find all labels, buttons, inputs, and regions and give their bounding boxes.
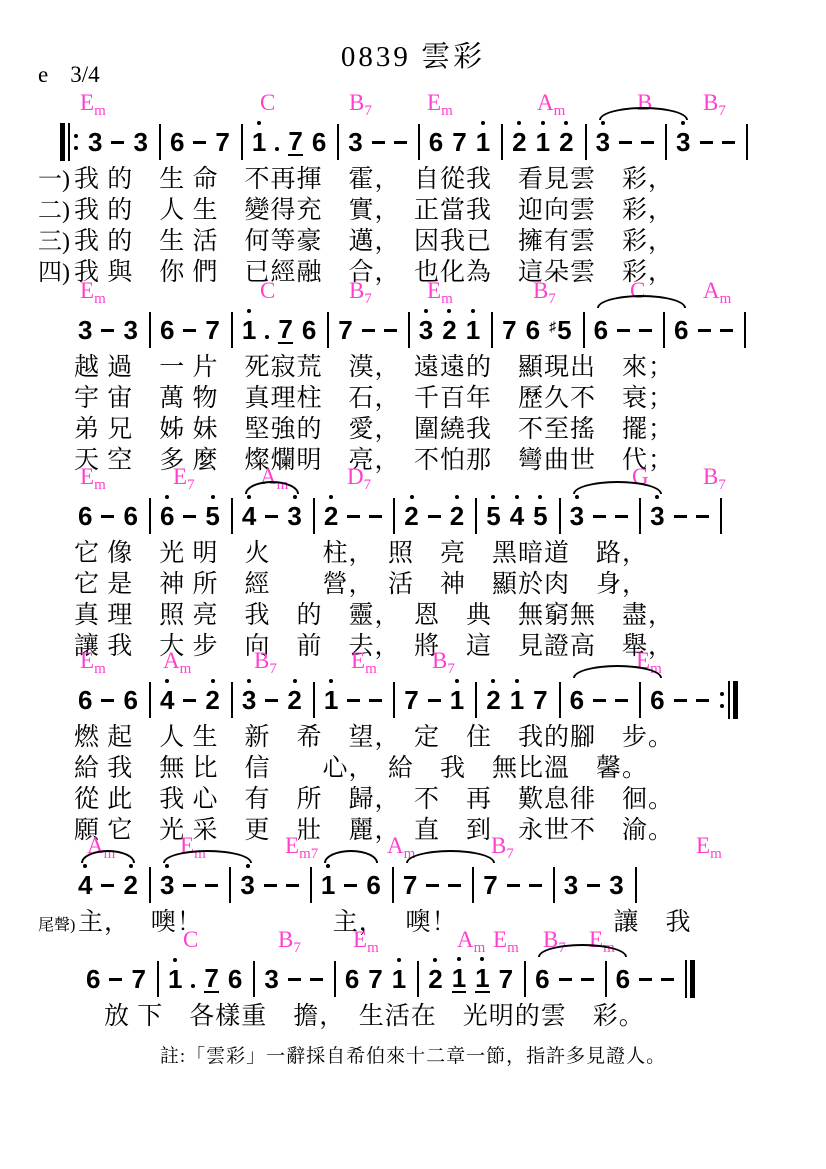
duration-dash — [587, 884, 600, 887]
chord-label: Em — [427, 90, 453, 124]
chord-root: B — [349, 90, 364, 115]
octave-dot — [211, 679, 215, 683]
barline — [310, 867, 312, 903]
barline — [149, 312, 151, 348]
octave-dot — [173, 958, 177, 962]
duration-dash — [617, 329, 630, 332]
note: ♯5 — [549, 317, 571, 343]
note: 6 — [674, 317, 688, 343]
note: 7 — [368, 966, 382, 992]
barline — [313, 498, 315, 534]
lyric-line: 給 我 無 比 信 心， 給 我 無比溫 馨。 — [0, 753, 826, 784]
note: 7 — [288, 128, 302, 156]
duration-dash — [700, 141, 713, 144]
octave-dot — [410, 495, 414, 499]
system-4: EmAmB7EmB7Em66423217121766燃 起 人 生 新 希 望，… — [0, 648, 826, 846]
chord-root: A — [703, 278, 720, 303]
chord-subscript: 7 — [269, 661, 277, 677]
lyric-prefix: 三) — [38, 227, 74, 258]
chord-label: D7 — [347, 464, 371, 498]
lyric-line: 三)我 的 生 活 何等豪 邁， 因我已 擁有雲 彩， — [0, 226, 826, 257]
note: 3 — [133, 129, 147, 155]
chord-subscript: m — [94, 661, 106, 677]
lyric-text: 放 下 各樣重 擔， 生活在 光明的雲 彩。 — [104, 1001, 645, 1032]
chord-subscript: m — [441, 291, 453, 307]
footnote: 註:「雲彩」一辭採自希伯來十二章一節，指許多見證人。 — [0, 1041, 826, 1068]
chord-root: E — [80, 90, 94, 115]
chord-label: Em — [80, 90, 106, 124]
note: 1 — [475, 965, 489, 993]
notation-line: 3367176367121233 — [0, 120, 826, 164]
augmentation-dot — [265, 335, 269, 339]
note: 6 — [78, 503, 92, 529]
note: 4 — [160, 687, 174, 713]
duration-dash — [639, 329, 652, 332]
note: 1 — [321, 872, 335, 898]
chord-root: D — [347, 464, 364, 489]
chord-root: E — [351, 648, 365, 673]
note: 5 — [486, 503, 500, 529]
note: 3 — [650, 503, 664, 529]
chord-row: EmCB7EmAmBB7 — [0, 90, 826, 120]
chord-subscript: m — [441, 103, 453, 119]
note: 7 — [502, 317, 516, 343]
chord-root: A — [537, 90, 554, 115]
chord-subscript: m — [365, 661, 377, 677]
note: 2 — [428, 966, 442, 992]
octave-dot — [471, 309, 475, 313]
chord-root: C — [260, 278, 275, 303]
duration-dash — [111, 141, 124, 144]
duration-dash — [193, 141, 206, 144]
chord-label: Em — [80, 648, 106, 682]
lyric-text: 燃 起 人 生 新 希 望， 定 住 我的腳 步。 — [74, 722, 674, 753]
chord-label: Em — [80, 464, 106, 498]
augmentation-dot — [191, 984, 195, 988]
duration-dash — [641, 141, 654, 144]
duration-dash — [347, 515, 360, 518]
chord-root: E — [427, 278, 441, 303]
tie-arc: 66 — [535, 957, 639, 997]
octave-dot — [515, 495, 519, 499]
note: 6 — [228, 966, 242, 992]
end-repeat-barline — [720, 681, 738, 719]
note: 1 — [510, 687, 524, 713]
barline — [253, 961, 255, 997]
octave-dot — [257, 121, 261, 125]
chord-label: Em — [696, 833, 722, 867]
lyric-text: 給 我 無 比 信 心， 給 我 無比溫 馨。 — [74, 753, 648, 784]
chord-label: C — [183, 927, 198, 953]
duration-dash — [698, 329, 711, 332]
chord-row: EmE7AmD7GB7 — [0, 464, 826, 494]
note: 6 — [526, 317, 540, 343]
duration-dash — [310, 978, 323, 981]
duration-dash — [362, 329, 375, 332]
octave-dot — [293, 495, 297, 499]
duration-dash — [372, 141, 385, 144]
duration-dash — [428, 699, 441, 702]
note: 1 — [324, 687, 338, 713]
note: 3 — [88, 129, 102, 155]
note: 2 — [486, 687, 500, 713]
barline — [524, 961, 526, 997]
note: 6 — [429, 129, 443, 155]
note: 7 — [204, 965, 218, 993]
duration-dash — [639, 978, 652, 981]
barline — [585, 124, 587, 160]
octave-dot — [329, 679, 333, 683]
chord-label: B7 — [349, 90, 372, 124]
thick-bar — [60, 123, 65, 161]
barline — [553, 867, 555, 903]
note: 3 — [242, 687, 256, 713]
thick-bar — [690, 960, 695, 998]
duration-dash — [183, 884, 196, 887]
note: 6 — [570, 687, 584, 713]
duration-dash — [559, 978, 572, 981]
note: 4 — [78, 872, 92, 898]
octave-dot — [447, 309, 451, 313]
note: 3 — [596, 129, 610, 155]
duration-dash — [286, 884, 299, 887]
barline — [472, 867, 474, 903]
chord-label: Em — [353, 927, 379, 961]
chord-subscript: 7 — [718, 103, 726, 119]
key-label: e — [38, 62, 48, 87]
chord-root: C — [260, 90, 275, 115]
chord-subscript: 7 — [364, 103, 372, 119]
octave-dot — [83, 864, 87, 868]
key-time-signature: e3/4 — [38, 62, 100, 88]
note: 7 — [499, 966, 513, 992]
chord-label: B7 — [703, 90, 726, 124]
duration-dash — [696, 699, 709, 702]
octave-dot — [491, 495, 495, 499]
barline — [559, 682, 561, 718]
note: 6 — [345, 966, 359, 992]
note: 2 — [442, 317, 456, 343]
lyric-text: 它 是 神 所 經 營， 活 神 顯於肉 身， — [74, 569, 648, 600]
lyric-prefix: 一) — [38, 165, 74, 196]
tie-arc: 33 — [596, 120, 700, 160]
note: 3 — [240, 872, 254, 898]
barline — [392, 867, 394, 903]
note: 6 — [312, 129, 326, 155]
chord-subscript: 7 — [187, 477, 195, 493]
note: 6 — [535, 966, 549, 992]
repeat-dots — [720, 692, 724, 709]
note: 4 — [510, 503, 524, 529]
barline — [639, 498, 641, 534]
tie-arc: 42 — [78, 863, 147, 903]
lyric-text: 越 過 一 片 死寂荒 漠， 遠遠的 顯現出 來； — [74, 352, 674, 383]
note: 3 — [123, 317, 137, 343]
note: 6 — [123, 687, 137, 713]
chord-row: CB7EmAmEmB7Em — [0, 927, 826, 957]
chord-subscript: m — [94, 291, 106, 307]
lyric-text: 弟 兄 姊 妹 堅強的 愛， 圍繞我 不至搖 擺； — [74, 414, 674, 445]
system-5: AmEmEm7AmB7Em4233167733尾聲)主， 噢！ 主， 噢！ 讓 … — [0, 833, 826, 938]
duration-dash — [109, 978, 122, 981]
chord-subscript: 7 — [364, 291, 372, 307]
chord-label: B7 — [432, 648, 455, 682]
octave-dot — [165, 864, 169, 868]
chord-root: B — [278, 927, 293, 952]
chord-subscript: 7 — [718, 477, 726, 493]
note: 2 — [123, 872, 137, 898]
octave-dot — [481, 121, 485, 125]
barline — [231, 312, 233, 348]
duration-dash — [205, 884, 218, 887]
duration-dash — [183, 515, 196, 518]
note: 6 — [616, 966, 630, 992]
octave-dot — [538, 495, 542, 499]
begin-repeat-barline — [60, 123, 78, 161]
note: 3 — [264, 966, 278, 992]
lyric-line: 二)我 的 人 生 變得充 實， 正當我 迎向雲 彩， — [0, 195, 826, 226]
barline — [149, 498, 151, 534]
chord-subscript: m7 — [299, 846, 318, 862]
barline — [418, 124, 420, 160]
lyric-text: 我 的 生 命 不再揮 霍， 自從我 看見雲 彩， — [74, 164, 674, 195]
duration-dash — [384, 329, 397, 332]
tie-arc: 33 — [570, 494, 674, 534]
chord-subscript: m — [94, 103, 106, 119]
duration-dash — [674, 699, 687, 702]
chord-root: C — [183, 927, 198, 952]
chord-label: E7 — [173, 464, 195, 498]
duration-dash — [344, 884, 357, 887]
note: 1 — [452, 965, 466, 993]
time-signature: 3/4 — [70, 62, 99, 87]
system-6: CB7EmAmEmB7Em671763671211766放 下 各樣重 擔， 生… — [0, 927, 826, 1032]
note: 7 — [215, 129, 229, 155]
tie-arc: 66 — [570, 678, 674, 718]
chord-subscript: 7 — [548, 291, 556, 307]
lyric-text: 我 的 人 生 變得充 實， 正當我 迎向雲 彩， — [74, 195, 674, 226]
chord-root: B — [254, 648, 269, 673]
barline — [313, 682, 315, 718]
tie-arc: 33 — [160, 863, 264, 903]
barline — [231, 498, 233, 534]
tie-arc: 66 — [594, 308, 698, 348]
chord-label: Am — [703, 278, 731, 312]
lyric-text: 它 像 光 明 火 柱， 照 亮 黑暗道 路， — [74, 538, 648, 569]
octave-dot — [517, 121, 521, 125]
note: 7 — [403, 872, 417, 898]
chord-root: B — [432, 648, 447, 673]
duration-dash — [426, 884, 439, 887]
duration-dash — [581, 978, 594, 981]
thin-bar — [728, 681, 730, 719]
chord-root: A — [457, 927, 474, 952]
note: 6 — [302, 317, 316, 343]
note: 7 — [483, 872, 497, 898]
chord-root: A — [163, 648, 180, 673]
note: 6 — [594, 317, 608, 343]
duration-dash — [619, 141, 632, 144]
chord-subscript: m — [507, 940, 519, 956]
octave-dot — [515, 679, 519, 683]
octave-dot — [246, 864, 250, 868]
note: 2 — [324, 503, 338, 529]
octave-dot — [424, 309, 428, 313]
barline — [149, 867, 151, 903]
barline — [229, 867, 231, 903]
barline — [746, 124, 748, 160]
chord-label: B7 — [349, 278, 372, 312]
chord-subscript: 7 — [506, 846, 514, 862]
system-3: EmE7AmD7GB766654322254533它 像 光 明 火 柱， 照 … — [0, 464, 826, 662]
barline — [417, 961, 419, 997]
note: 6 — [160, 503, 174, 529]
duration-dash — [183, 329, 196, 332]
barline — [559, 498, 561, 534]
thin-bar — [68, 123, 70, 161]
chord-root: E — [353, 927, 367, 952]
duration-dash — [369, 699, 382, 702]
duration-dash — [101, 515, 114, 518]
octave-dot — [564, 121, 568, 125]
chord-label: B7 — [533, 278, 556, 312]
chord-root: E — [80, 464, 94, 489]
barline — [491, 312, 493, 348]
lyric-text: 真 理 照 亮 我 的 靈， 恩 典 無窮無 盡， — [74, 600, 674, 631]
octave-dot — [247, 309, 251, 313]
lyric-line: 燃 起 人 生 新 希 望， 定 住 我的腳 步。 — [0, 722, 826, 753]
chord-subscript: m — [474, 940, 486, 956]
chord-root: E — [173, 464, 187, 489]
system-2: EmCB7EmB7CAm3367176732176♯566越 過 一 片 死寂荒… — [0, 278, 826, 476]
barline — [241, 124, 243, 160]
octave-dot — [326, 864, 330, 868]
chord-label: B7 — [254, 648, 277, 682]
chord-root: E — [80, 278, 94, 303]
chord-root: E — [80, 648, 94, 673]
note: 3 — [676, 129, 690, 155]
barline — [501, 124, 503, 160]
barline — [231, 682, 233, 718]
note: 7 — [338, 317, 352, 343]
chord-subscript: m — [180, 661, 192, 677]
note: 3 — [419, 317, 433, 343]
octave-dot — [211, 495, 215, 499]
final-barline — [685, 960, 695, 998]
duration-dash — [615, 699, 628, 702]
octave-dot — [655, 495, 659, 499]
barline — [583, 312, 585, 348]
barline — [393, 682, 395, 718]
note: 6 — [86, 966, 100, 992]
note: 6 — [78, 687, 92, 713]
note: 6 — [170, 129, 184, 155]
barline — [337, 124, 339, 160]
lyric-line: 真 理 照 亮 我 的 靈， 恩 典 無窮無 盡， — [0, 600, 826, 631]
note: 1 — [392, 966, 406, 992]
note: 3 — [609, 872, 623, 898]
duration-dash — [615, 515, 628, 518]
note: 6 — [650, 687, 664, 713]
chord-subscript: m — [720, 291, 732, 307]
note: 3 — [78, 317, 92, 343]
chord-label: Am — [163, 648, 191, 682]
duration-dash — [428, 515, 441, 518]
octave-dot — [329, 495, 333, 499]
lyric-line: 宇 宙 萬 物 真理柱 石， 千百年 歷久不 衰； — [0, 383, 826, 414]
octave-dot — [165, 679, 169, 683]
notation-line: 66654322254533 — [0, 494, 826, 538]
barline — [149, 682, 151, 718]
lyric-line: 它 像 光 明 火 柱， 照 亮 黑暗道 路， — [0, 538, 826, 569]
duration-dash — [661, 978, 674, 981]
chord-label: Em7 — [285, 833, 318, 867]
note: 2 — [205, 687, 219, 713]
chord-subscript: m — [710, 846, 722, 862]
barline — [663, 312, 665, 348]
chord-label: Em — [80, 278, 106, 312]
notation-line: 66423217121766 — [0, 678, 826, 722]
chord-label: Em — [493, 927, 519, 961]
note: 6 — [123, 503, 137, 529]
chord-root: B — [491, 833, 506, 858]
lyric-text: 宇 宙 萬 物 真理柱 石， 千百年 歷久不 衰； — [74, 383, 674, 414]
song-title: 0839 雲彩 — [0, 34, 826, 75]
chord-label: C — [260, 90, 275, 116]
lyric-line: 一)我 的 生 命 不再揮 霍， 自從我 看見雲 彩， — [0, 164, 826, 195]
barline — [475, 498, 477, 534]
note: 4 — [242, 503, 256, 529]
chord-subscript: 7 — [364, 477, 372, 493]
chord-root: E — [427, 90, 441, 115]
octave-dot — [455, 495, 459, 499]
note: 1 — [450, 687, 464, 713]
barline — [639, 682, 641, 718]
duration-dash — [264, 884, 277, 887]
duration-dash — [674, 515, 687, 518]
note: 1 — [536, 129, 550, 155]
duration-dash — [101, 884, 114, 887]
chord-subscript: m — [554, 103, 566, 119]
barline — [635, 867, 637, 903]
note: 3 — [564, 872, 578, 898]
duration-dash — [720, 329, 733, 332]
barline — [665, 124, 667, 160]
note: 2 — [512, 129, 526, 155]
notation-line: 4233167733 — [0, 863, 826, 907]
duration-dash — [347, 699, 360, 702]
duration-dash — [593, 515, 606, 518]
chord-label: Em — [427, 278, 453, 312]
note: 5 — [205, 503, 219, 529]
note: 7 — [205, 317, 219, 343]
notation-line: 671763671211766 — [0, 957, 826, 1001]
chord-label: C — [260, 278, 275, 304]
duration-dash — [265, 515, 278, 518]
lyric-text: 從 此 我 心 有 所 歸， 不 再 歎息徘 徊。 — [74, 784, 674, 815]
chord-label: Am — [457, 927, 485, 961]
note: 3 — [160, 872, 174, 898]
note: 3 — [287, 503, 301, 529]
octave-dot — [455, 679, 459, 683]
chord-label: Am — [537, 90, 565, 124]
duration-dash — [529, 884, 542, 887]
thin-bar — [685, 960, 687, 998]
octave-dot — [601, 121, 605, 125]
chord-root: B — [349, 278, 364, 303]
tie-arc: 77 — [403, 863, 507, 903]
duration-dash — [101, 329, 114, 332]
